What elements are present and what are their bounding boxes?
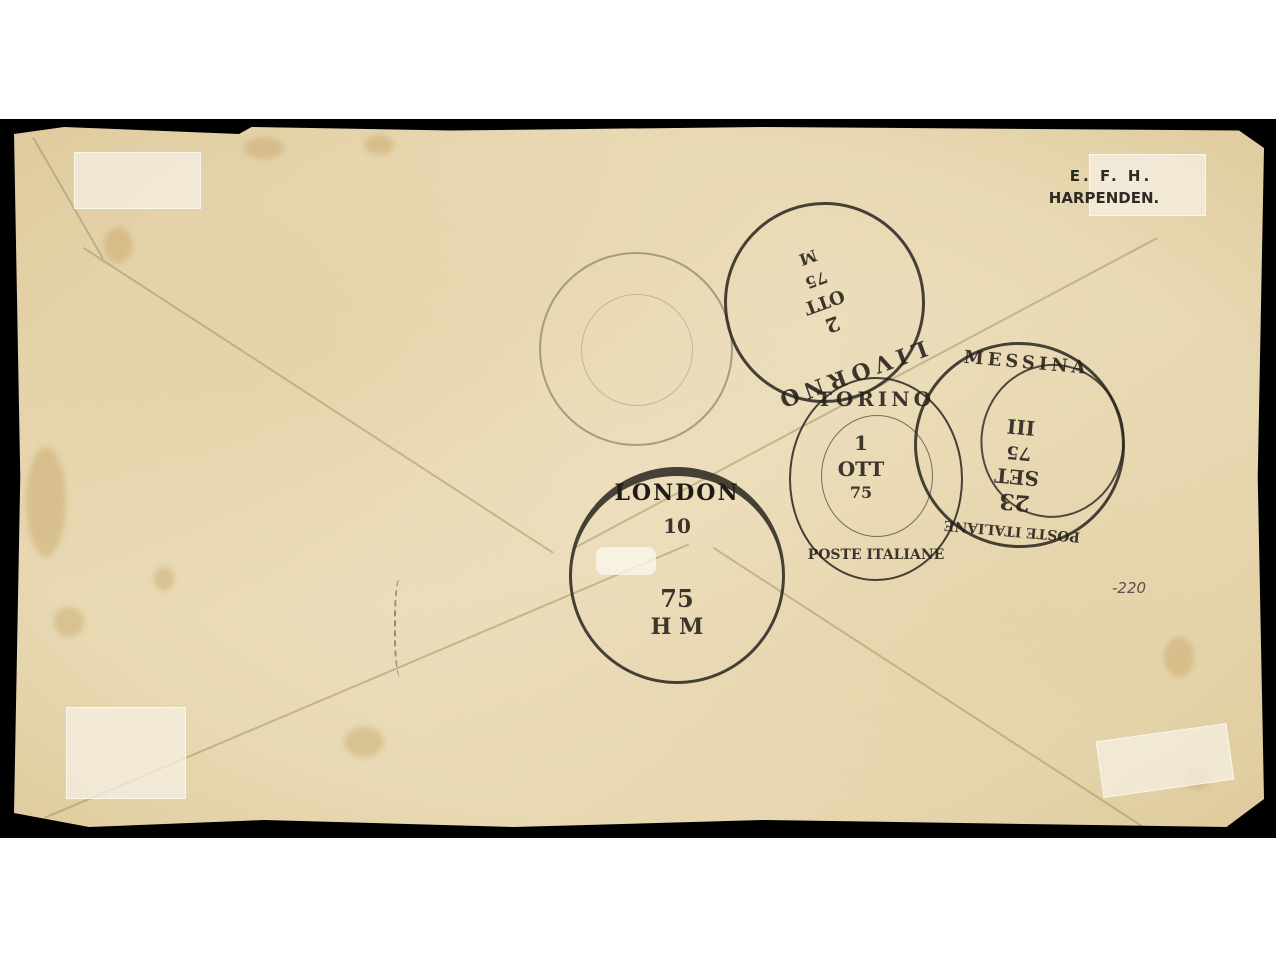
sender-handstamp: E. F. H. HARPENDEN.	[1034, 167, 1174, 207]
postmark-torino-month: OTT	[831, 457, 891, 481]
handstamp-initials: E. F. H.	[1048, 167, 1174, 185]
pencil-scribble	[394, 577, 410, 677]
flap-fold-line-left	[83, 247, 553, 553]
postmark-messina-month: SET	[993, 463, 1040, 491]
postmark-london-day: 10	[572, 514, 782, 538]
hinge-tape-bottom-right	[1096, 723, 1235, 798]
envelope-back: E. F. H. HARPENDEN. LIVORNO 2 OTT 75 M T…	[14, 127, 1264, 827]
stain	[54, 607, 84, 637]
postmark-messina-day: 23	[991, 487, 1038, 517]
postmark-torino-day: 1	[841, 431, 881, 455]
stain	[154, 567, 174, 591]
handstamp-town: HARPENDEN.	[1034, 189, 1174, 207]
stain	[344, 727, 384, 757]
postmark-torino-year: 75	[841, 483, 881, 502]
postmark-messina: MESSINA 23 SET 75 III POSTE ITALIANE	[905, 333, 1133, 557]
hinge-tape-top-left	[74, 152, 201, 209]
stain	[244, 137, 284, 159]
stain	[26, 447, 66, 557]
stain	[104, 227, 132, 263]
postmark-london-town: LONDON	[572, 480, 782, 506]
stain	[364, 135, 394, 155]
pencil-notation: -220	[1112, 579, 1146, 597]
postmark-faint	[539, 252, 733, 446]
postmark-torino-bottom: POSTE ITALIANE	[791, 547, 961, 563]
stain	[1164, 637, 1194, 677]
hinge-tape-bottom-left	[66, 707, 186, 799]
postmark-london-time: H M	[572, 614, 782, 640]
paper-thin-spot	[596, 547, 656, 575]
postmark-messina-time: III	[998, 413, 1045, 441]
postmark-messina-year: 75	[996, 440, 1043, 465]
postmark-london: LONDON 10 75 H M	[569, 467, 785, 684]
postmark-london-year: 75	[572, 584, 782, 613]
